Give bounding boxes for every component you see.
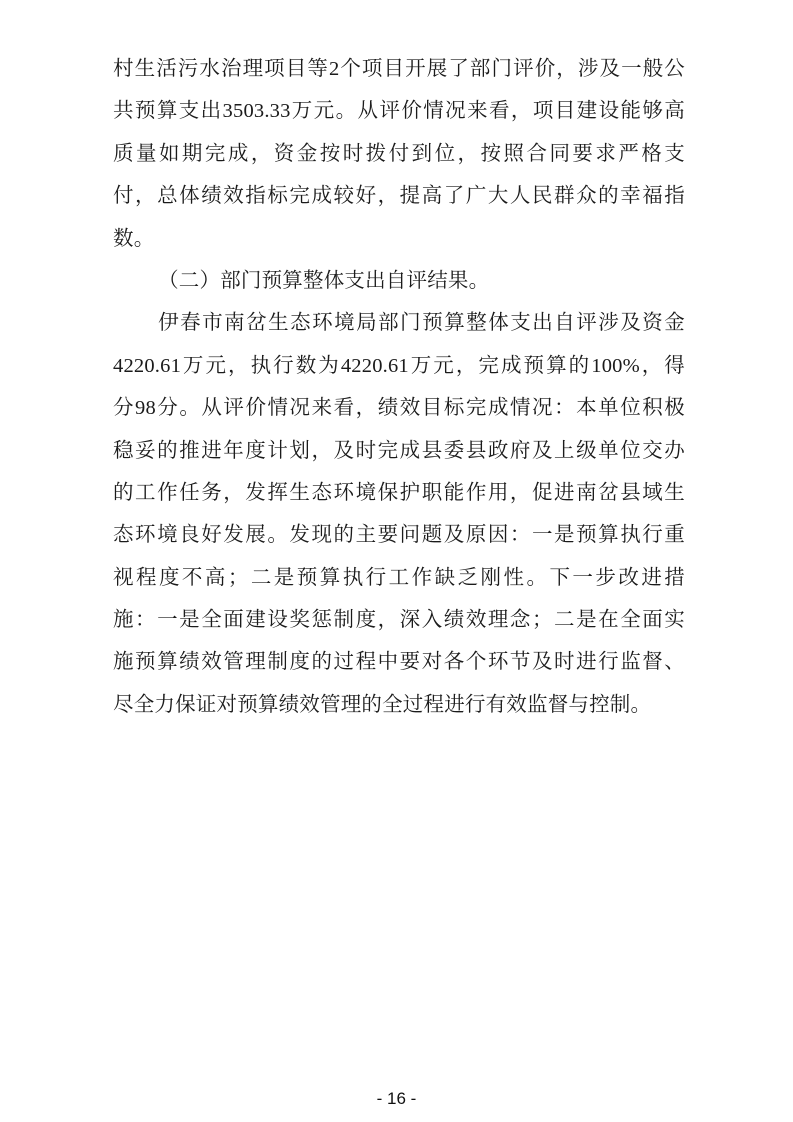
text-line: 稳妥的推进年度计划，及时完成县委县政府及上级单位交办 <box>113 430 685 472</box>
text-line: 共预算支出3503.33万元。从评价情况来看，项目建设能够高 <box>113 90 685 132</box>
text-line: 伊春市南岔生态环境局部门预算整体支出自评涉及资金 <box>113 302 685 344</box>
section-heading: （二）部门预算整体支出自评结果。 <box>113 260 685 302</box>
document-body: 村生活污水治理项目等2个项目开展了部门评价，涉及一般公 共预算支出3503.33… <box>113 48 685 726</box>
text-line: 施：一是全面建设奖惩制度，深入绩效理念；二是在全面实 <box>113 599 685 641</box>
text-line: 村生活污水治理项目等2个项目开展了部门评价，涉及一般公 <box>113 48 685 90</box>
text-line: 的工作任务，发挥生态环境保护职能作用，促进南岔县域生 <box>113 472 685 514</box>
text-line: 视程度不高；二是预算执行工作缺乏刚性。下一步改进措 <box>113 557 685 599</box>
text-line: 施预算绩效管理制度的过程中要对各个环节及时进行监督、 <box>113 641 685 683</box>
page-footer: - 16 - <box>0 1089 793 1109</box>
page-number: - 16 - <box>377 1089 417 1108</box>
text-line: 数。 <box>113 218 685 260</box>
text-line: 4220.61万元，执行数为4220.61万元，完成预算的100%，得 <box>113 345 685 387</box>
text-line: 质量如期完成，资金按时拨付到位，按照合同要求严格支 <box>113 133 685 175</box>
text-line: 付，总体绩效指标完成较好，提高了广大人民群众的幸福指 <box>113 175 685 217</box>
text-line: 分98分。从评价情况来看，绩效目标完成情况：本单位积极 <box>113 387 685 429</box>
document-page: 村生活污水治理项目等2个项目开展了部门评价，涉及一般公 共预算支出3503.33… <box>0 0 793 1122</box>
text-line: 尽全力保证对预算绩效管理的全过程进行有效监督与控制。 <box>113 684 685 726</box>
text-line: 态环境良好发展。发现的主要问题及原因：一是预算执行重 <box>113 514 685 556</box>
